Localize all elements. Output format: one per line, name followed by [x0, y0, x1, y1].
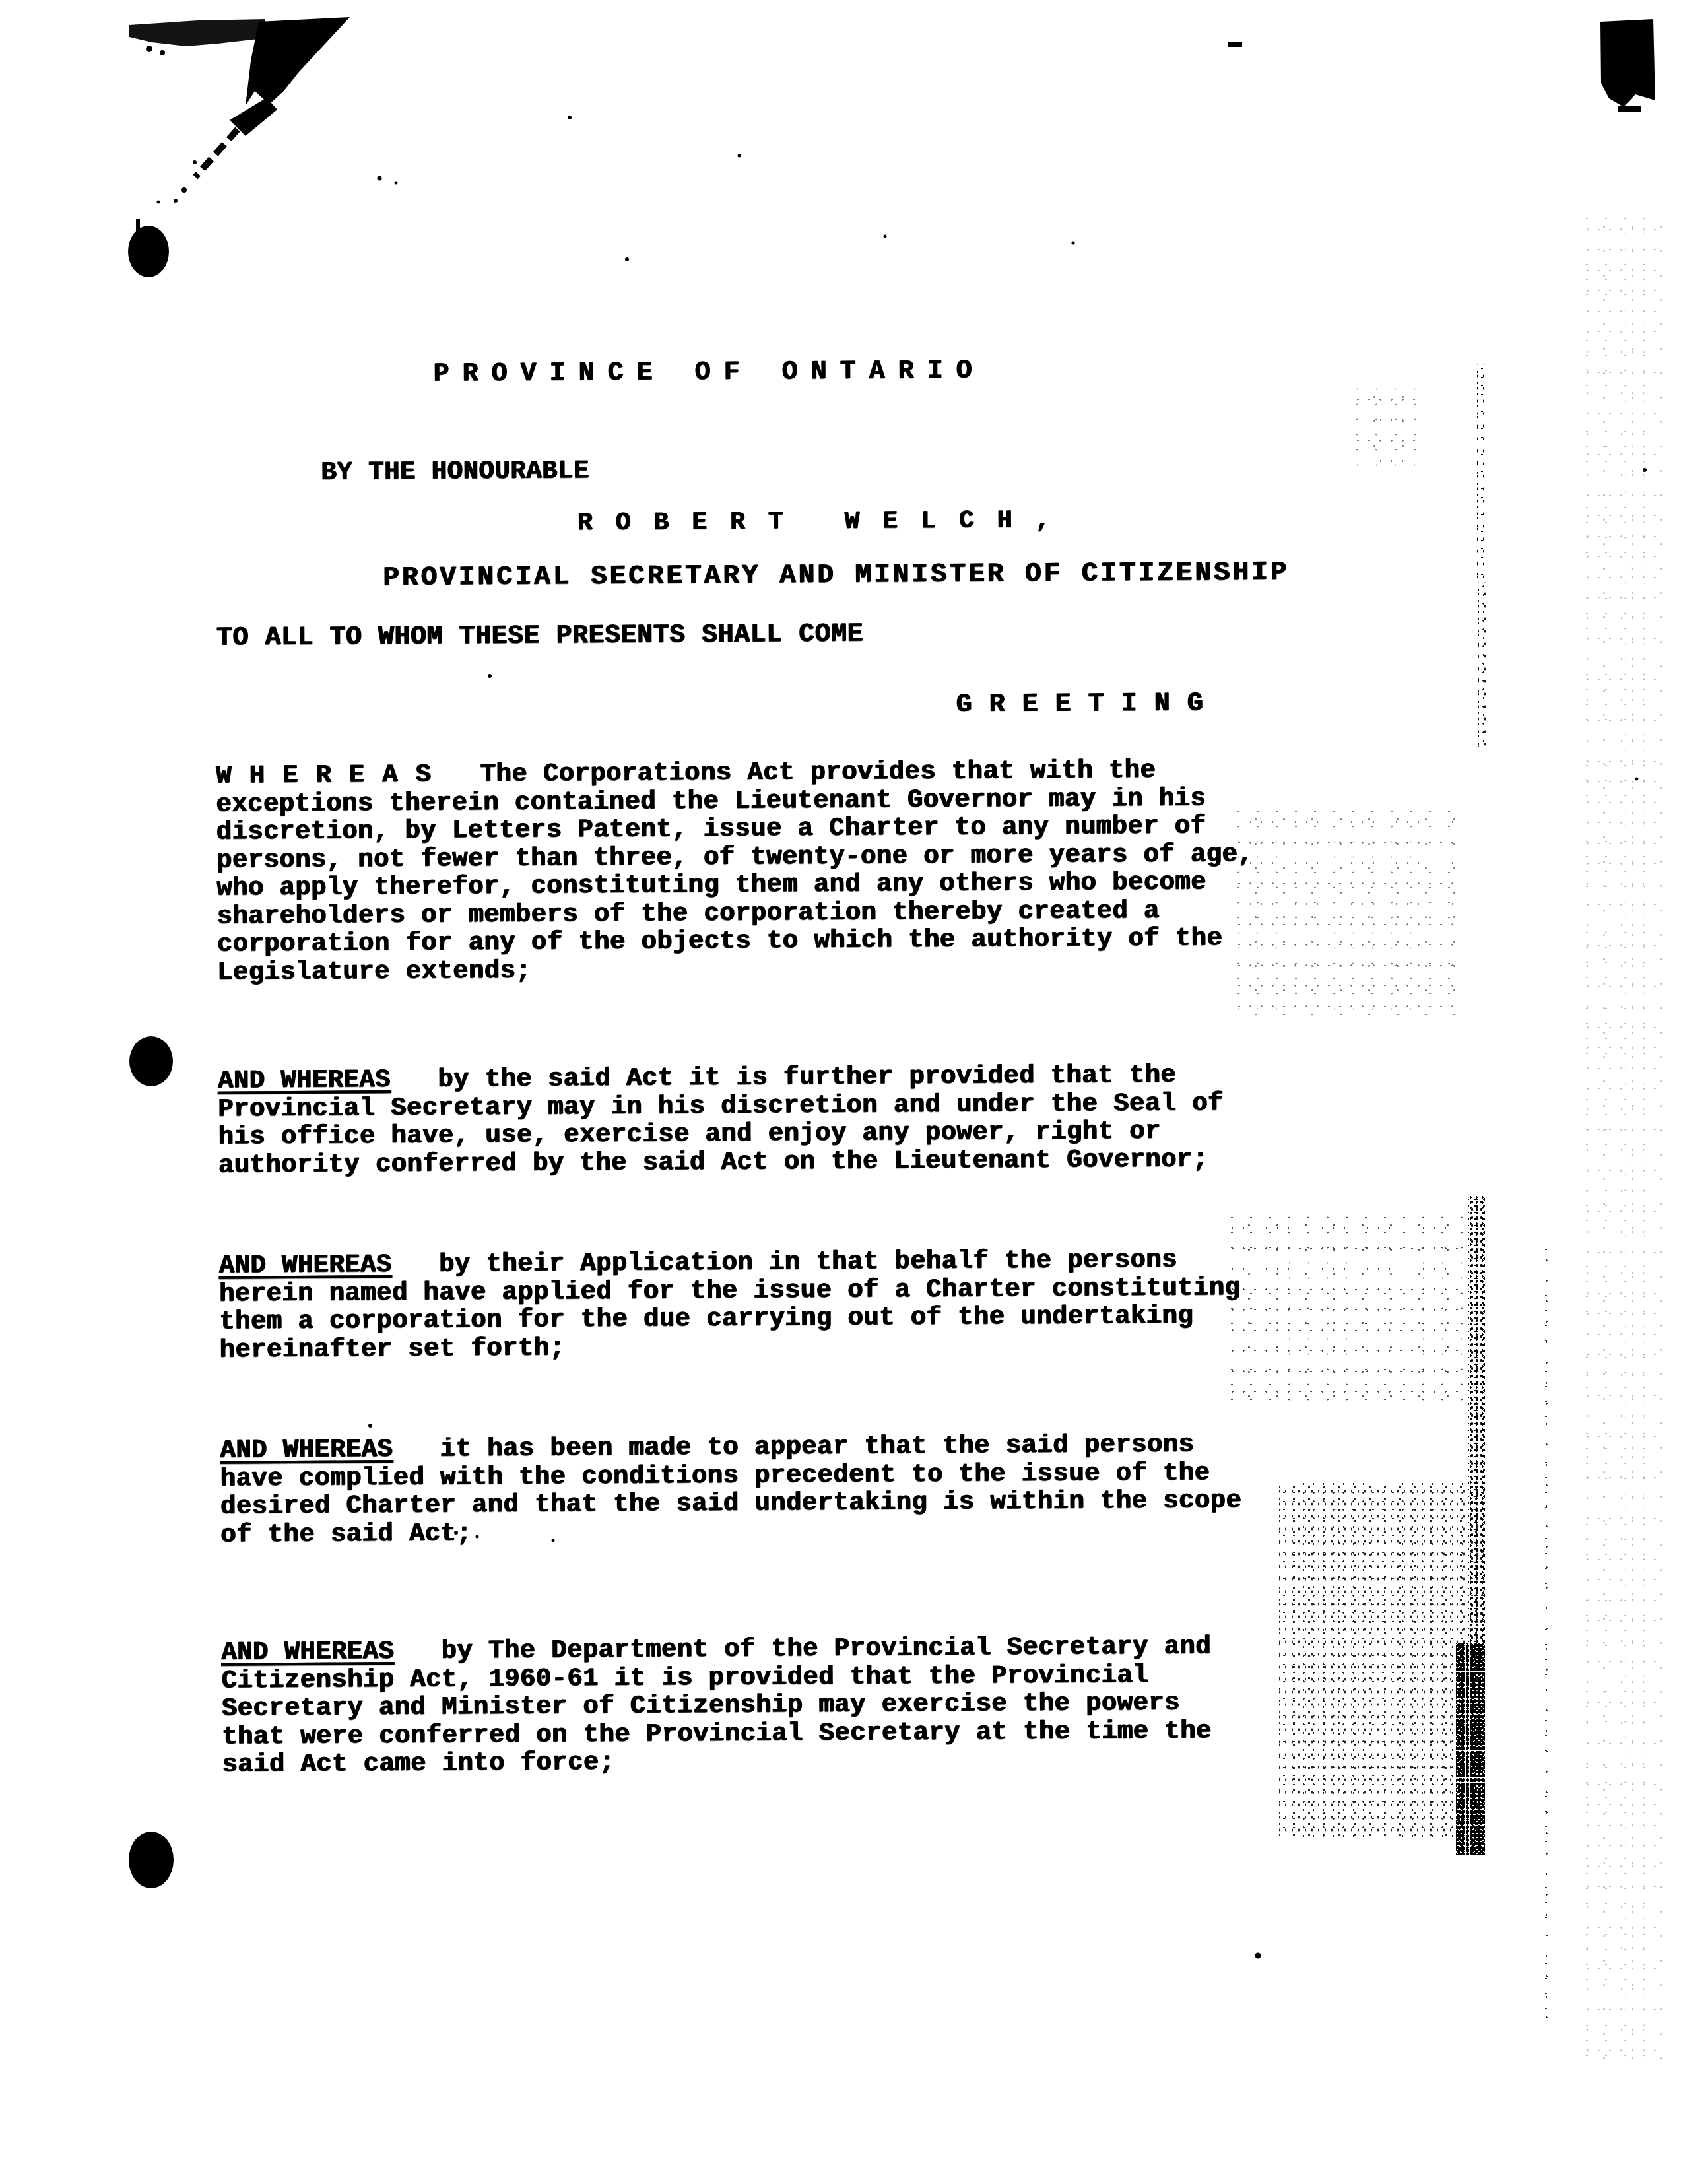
scanned-document-page: PROVINCE OF ONTARIO BY THE HONOURABLE RO… [0, 0, 1683, 2184]
official-title: PROVINCIAL SECRETARY AND MINISTER OF CIT… [383, 558, 1289, 593]
whereas-paragraph-4: AND WHEREAS it has been made to appear t… [220, 1430, 1382, 1549]
whereas-paragraph-5: AND WHEREAS by The Department of the Pro… [221, 1632, 1383, 1779]
official-name: ROBERT WELCH, [577, 506, 1073, 538]
document-text: PROVINCE OF ONTARIO BY THE HONOURABLE RO… [0, 0, 1683, 2184]
paragraph-lead: AND WHEREAS [217, 1065, 390, 1096]
whereas-paragraph-2: AND WHEREAS by the said Act it is furthe… [217, 1060, 1379, 1179]
paragraph-lead: AND WHEREAS [220, 1435, 393, 1465]
paragraph-lead: AND WHEREAS [221, 1637, 394, 1667]
honourable-line: BY THE HONOURABLE [321, 456, 589, 486]
paragraph-lead: AND WHEREAS [218, 1250, 391, 1280]
paragraph-lead: WHEREAS [216, 760, 449, 791]
document-title: PROVINCE OF ONTARIO [433, 356, 985, 389]
greeting: GREETING [956, 688, 1220, 719]
whereas-paragraph-3: AND WHEREAS by their Application in that… [218, 1245, 1381, 1364]
whereas-paragraph-1: WHEREAS The Corporations Act provides th… [216, 755, 1379, 987]
paragraph-body: The Corporations Act provides that with … [216, 756, 1253, 987]
salutation: TO ALL TO WHOM THESE PRESENTS SHALL COME [216, 620, 863, 653]
